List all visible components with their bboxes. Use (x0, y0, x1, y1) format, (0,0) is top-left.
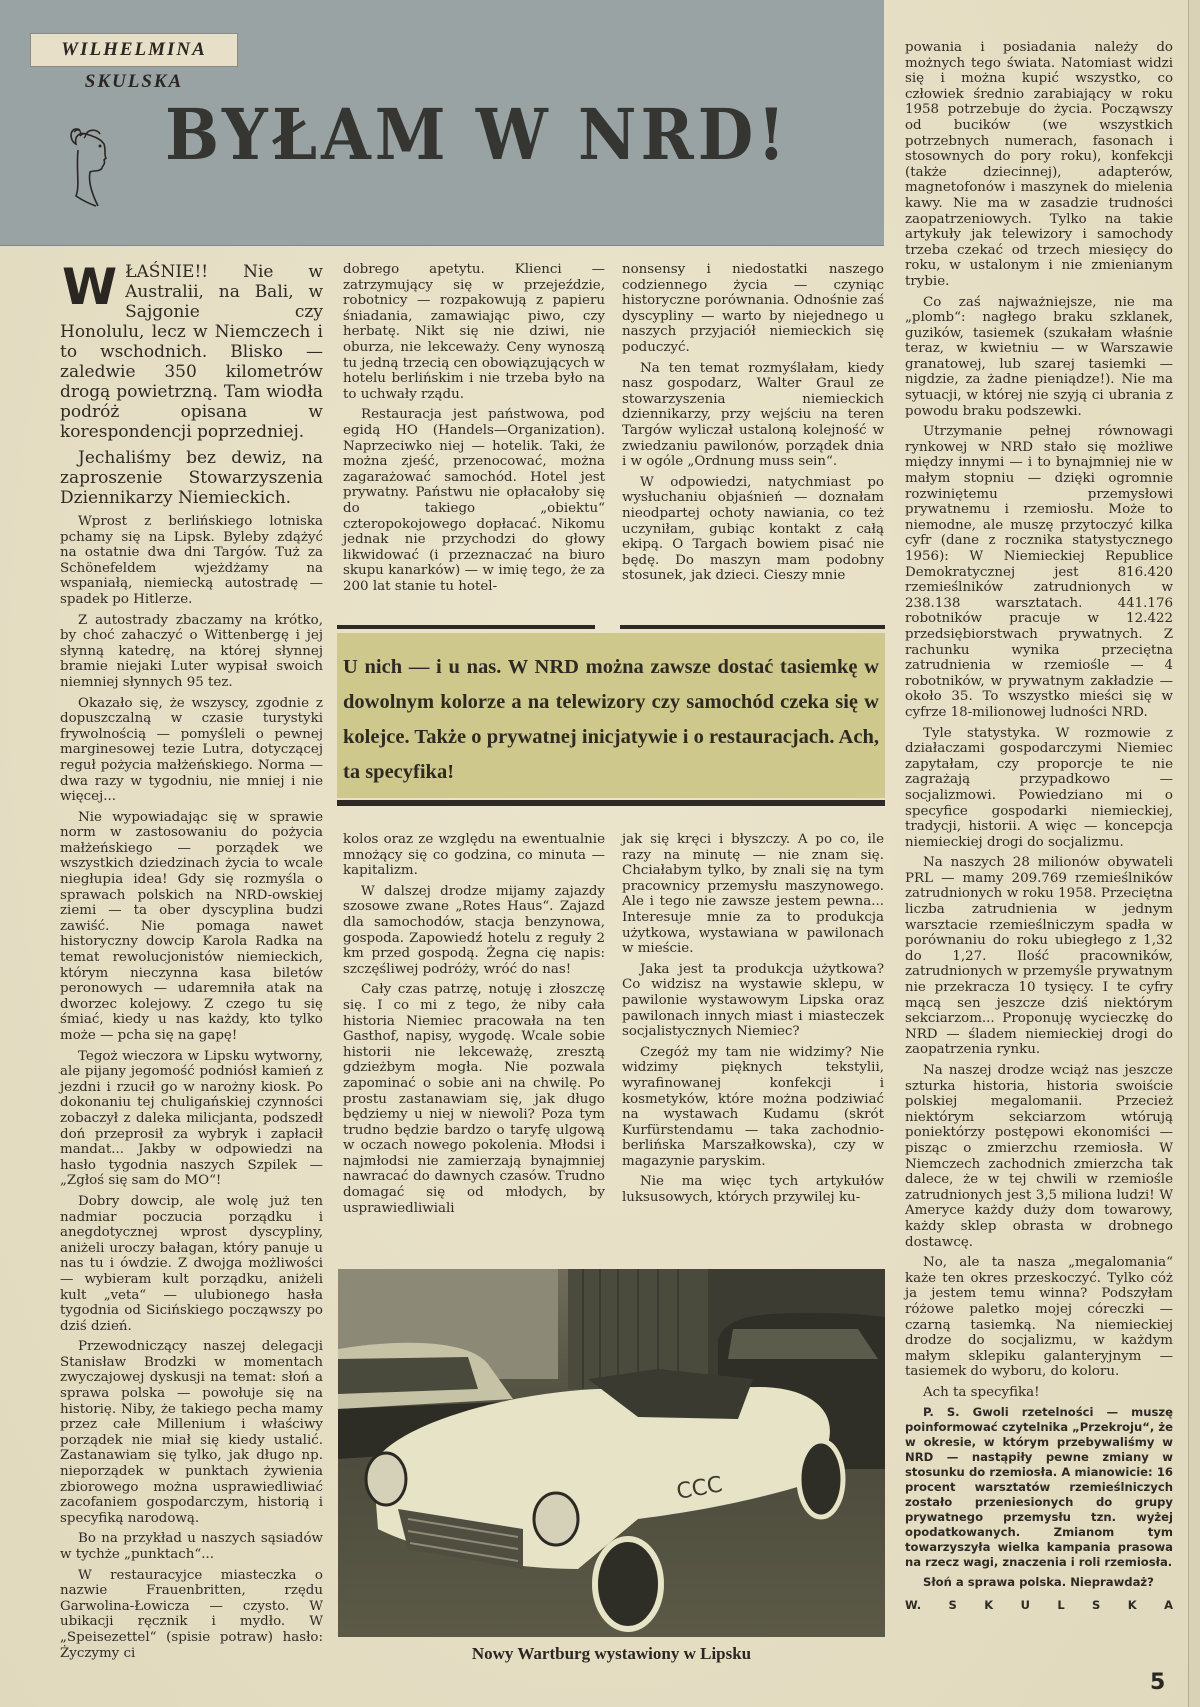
paragraph: nonsensy i niedostatki naszego codzienne… (622, 262, 884, 356)
paragraph: W restauracyjce miasteczka o nazwie Frau… (60, 1568, 323, 1662)
paragraph: Restauracja jest państwowa, pod egidą HO… (343, 407, 605, 594)
callout-rule-top-left (337, 625, 595, 629)
page-number: 5 (1150, 1670, 1165, 1695)
paragraph: Przewodniczący naszej delegacji Stanisła… (60, 1339, 323, 1526)
postscript: P. S. Gwoli rzetelności — muszę poinform… (905, 1405, 1173, 1570)
paragraph: Czegóż my tam nie widzimy? Nie widzimy p… (622, 1045, 884, 1170)
paragraph: Cały czas patrzę, notuję i złoszczę się.… (343, 982, 605, 1216)
paragraph: Nie ma więc tych artykułów luksusowych, … (622, 1174, 884, 1205)
paragraph: W dalszej drodze mijamy zajazdy szosowe … (343, 884, 605, 978)
article-column-1: WŁAŚNIE!! Nie w Australii, na Bali, w Sa… (60, 262, 323, 1666)
paragraph: Co zaś najważniejsze, nie ma „plomb“: na… (905, 295, 1173, 420)
article-headline: BYŁAM W NRD! (165, 96, 789, 175)
page-edge (1188, 0, 1200, 1707)
callout-rule-bottom (337, 800, 885, 806)
paragraph: Tegoż wieczora w Lipsku wytworny, ale pi… (60, 1049, 323, 1189)
article-column-2-top: dobrego apetytu. Klienci — zatrzymujący … (343, 262, 605, 599)
drop-cap: W (62, 266, 117, 308)
paragraph: Tyle statystyka. W rozmowie z działaczam… (905, 726, 1173, 851)
author-byline: WILHELMINA SKULSKA (30, 33, 238, 67)
callout-rule-top-right (620, 625, 885, 629)
magazine-page: WILHELMINA SKULSKA BYŁAM W NRD! WŁAŚNIE!… (0, 0, 1200, 1707)
paragraph: Jaka jest ta produkcja użytkowa? Co widz… (622, 962, 884, 1040)
paragraph: Z autostrady zbaczamy na krótko, by choć… (60, 613, 323, 691)
woman-profile-sketch-icon (60, 110, 140, 210)
header-banner: WILHELMINA SKULSKA BYŁAM W NRD! (0, 0, 884, 246)
paragraph: Nie wypowiadając się w sprawie norm w za… (60, 810, 323, 1044)
article-column-3-top: nonsensy i niedostatki naszego codzienne… (622, 262, 884, 589)
paragraph: powania i posiadania należy do możnych t… (905, 40, 1173, 290)
car-photo: CCC (338, 1269, 885, 1637)
paragraph: Okazało się, że wszyscy, zgodnie z dopus… (60, 696, 323, 805)
lead-paragraph: Jechaliśmy bez dewiz, na zaproszenie Sto… (60, 448, 323, 508)
paragraph: jak się kręci i błyszczy. A po co, ile r… (622, 832, 884, 957)
paragraph: W odpowiedzi, natychmiast po wysłuchaniu… (622, 475, 884, 584)
callout-text: U nich — i u nas. W NRD można zawsze dos… (337, 633, 879, 790)
callout-box: U nich — i u nas. W NRD można zawsze dos… (337, 633, 885, 798)
article-column-2-bottom: kolos oraz ze względu na ewentualnie mno… (343, 832, 605, 1221)
paragraph: Bo na przykład u naszych sąsiadów w tych… (60, 1531, 323, 1562)
article-column-3-bottom: jak się kręci i błyszczy. A po co, ile r… (622, 832, 884, 1211)
article-column-4: powania i posiadania należy do możnych t… (905, 40, 1173, 1614)
wartburg-car-illustration-icon: CCC (338, 1269, 885, 1637)
photo-caption: Nowy Wartburg wystawiony w Lipsku (338, 1644, 885, 1664)
author-signature: W. S K U L S K A (905, 1598, 1173, 1614)
paragraph: No, ale ta nasza „megalomania“ każe ten … (905, 1255, 1173, 1380)
paragraph: Dobry dowcip, ale wolę już ten nadmiar p… (60, 1194, 323, 1334)
paragraph: Na ten temat rozmyślałam, kiedy nasz gos… (622, 361, 884, 470)
paragraph: kolos oraz ze względu na ewentualnie mno… (343, 832, 605, 879)
paragraph: Na naszej drodze wciąż nas jeszcze sztur… (905, 1063, 1173, 1250)
paragraph: dobrego apetytu. Klienci — zatrzymujący … (343, 262, 605, 402)
paragraph: Utrzymanie pełnej równowagi rynkowej w N… (905, 424, 1173, 720)
lead-paragraph: WŁAŚNIE!! Nie w Australii, na Bali, w Sa… (60, 262, 323, 442)
paragraph: Ach ta specyfika! (905, 1385, 1173, 1401)
paragraph: Na naszych 28 milionów obywateli PRL — m… (905, 855, 1173, 1058)
paragraph: Wprost z berlińskiego lotniska pchamy si… (60, 514, 323, 608)
closing-line: Słoń a sprawa polska. Nieprawdaż? (905, 1575, 1173, 1590)
